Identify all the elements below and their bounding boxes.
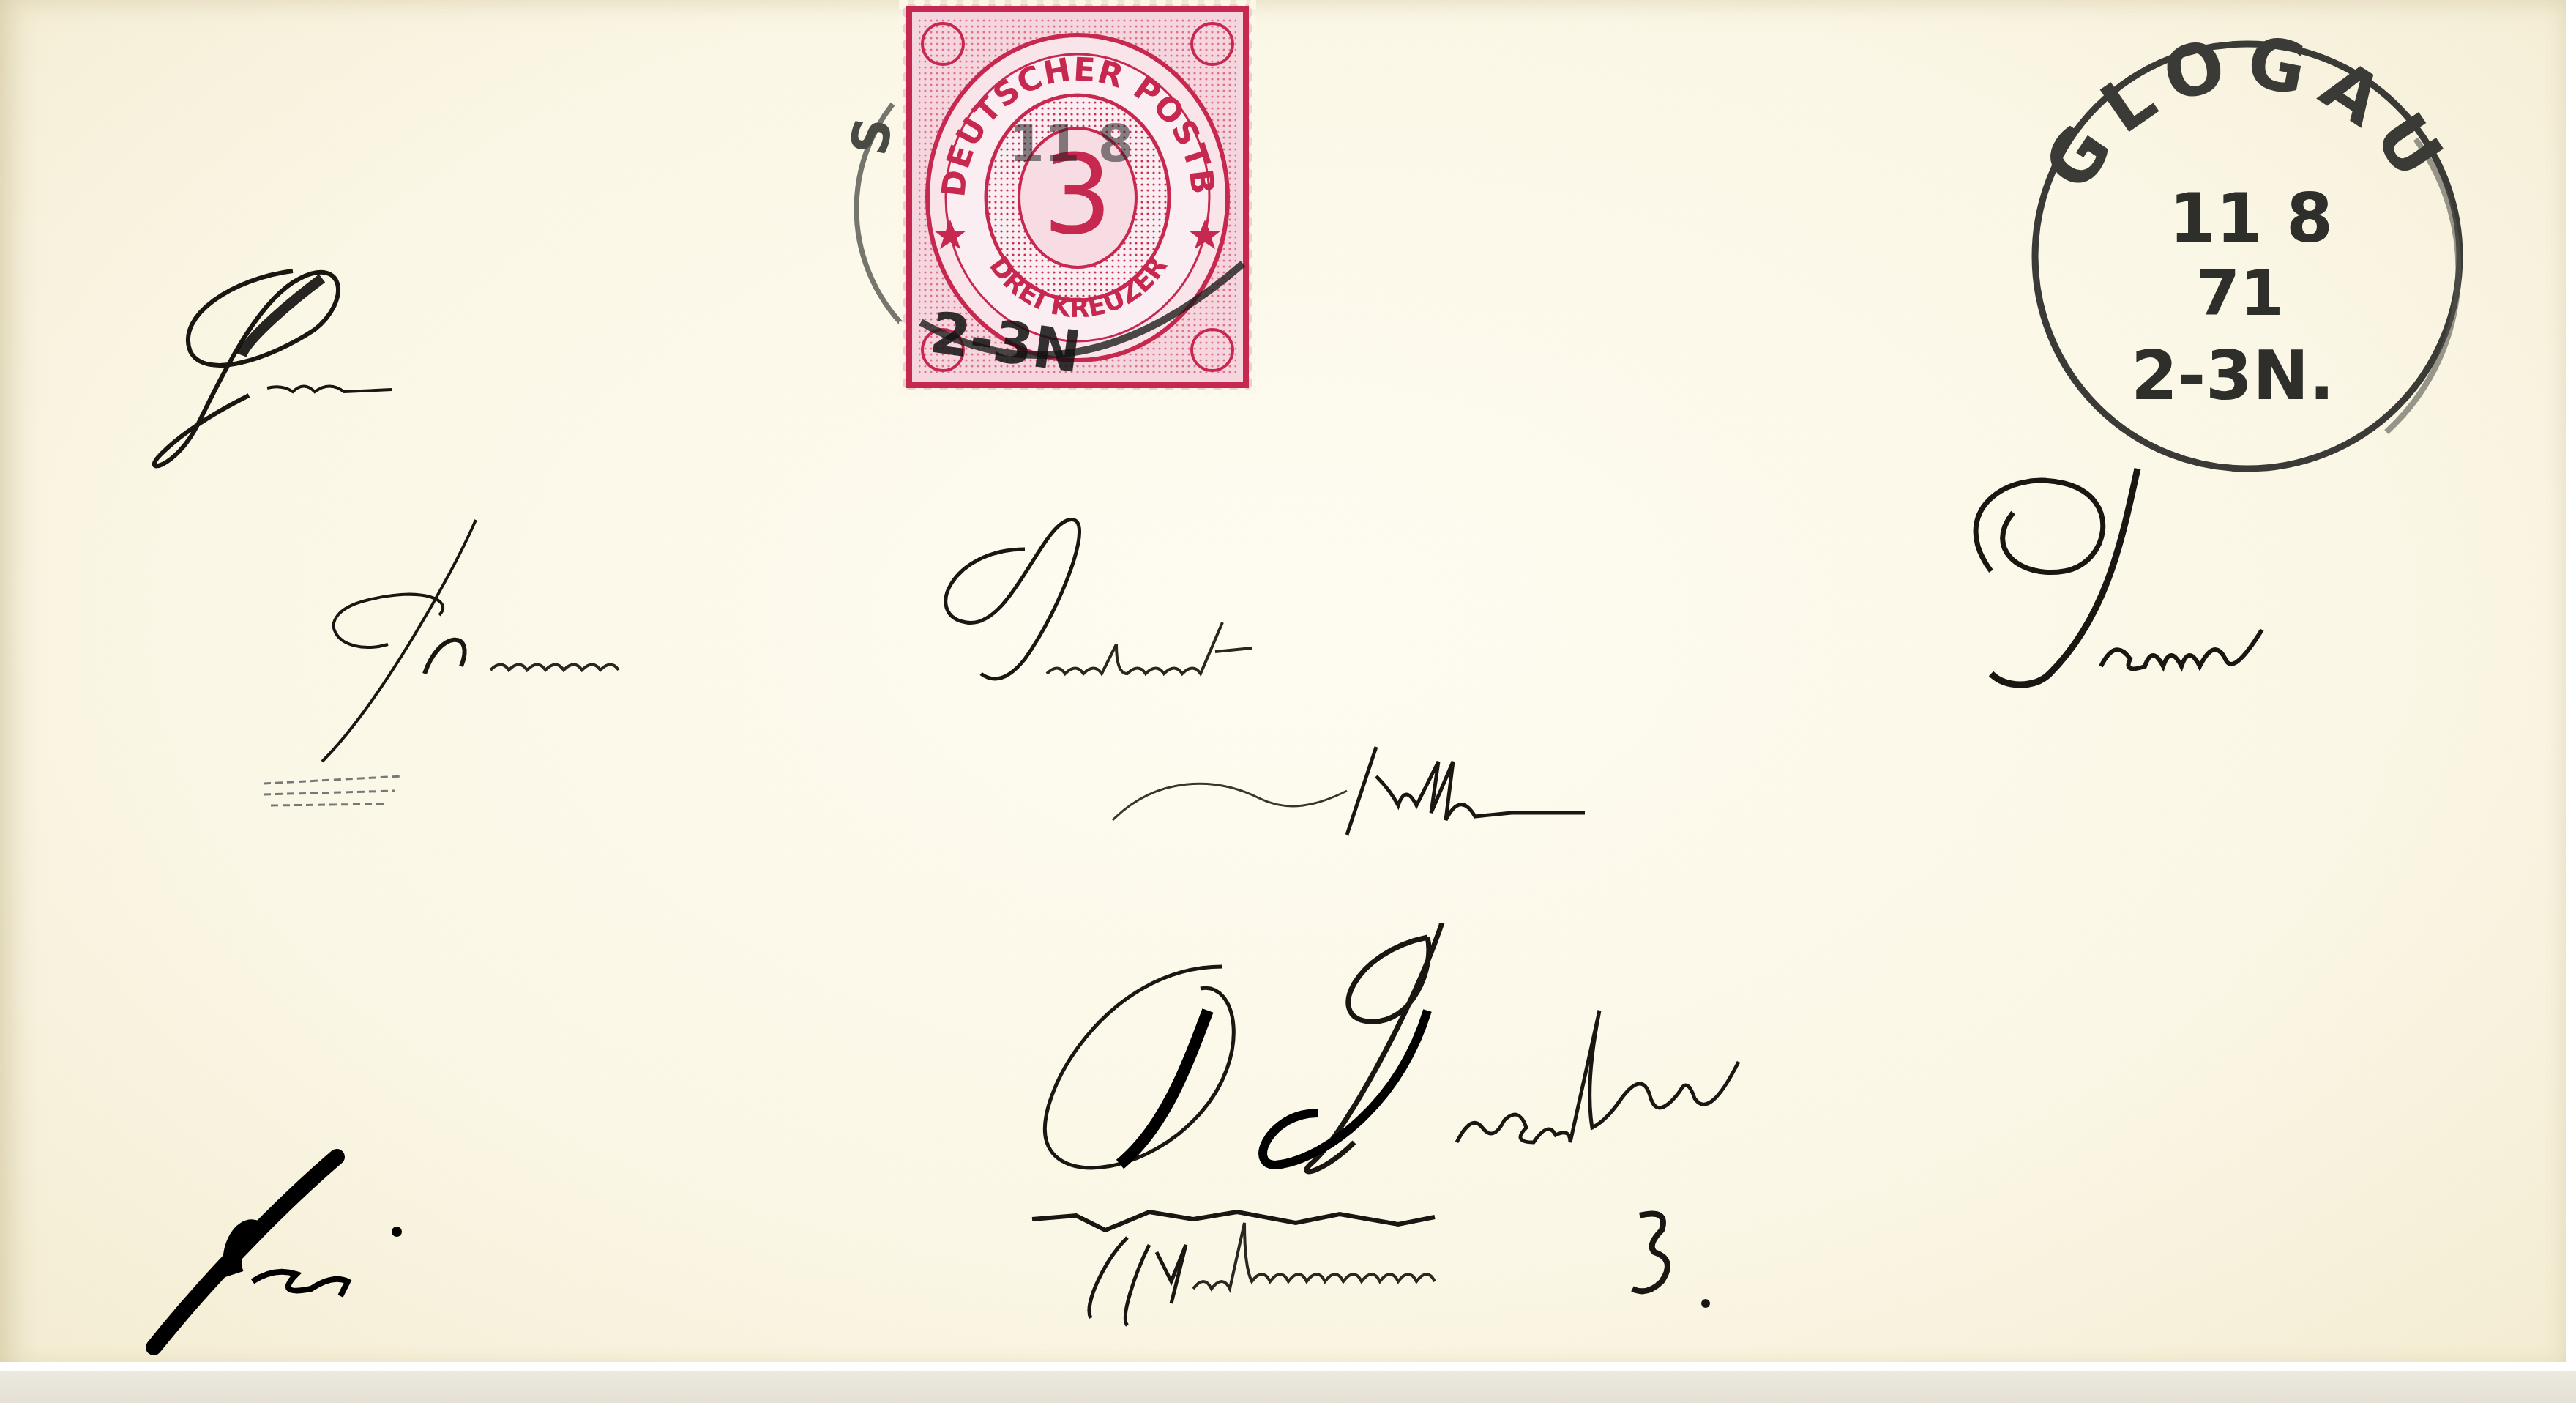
stamp: /* perforation circles drawn below by ma… — [899, 0, 1256, 394]
postmark-time: 2-3N. — [2131, 337, 2334, 415]
handwriting-frei: frei — [124, 1128, 461, 1362]
franking-note: frei — [234, 1255, 295, 1298]
postmark-glogau: GLOGAU 11 8 71 2-3N. — [2006, 22, 2489, 476]
ink-smudge — [256, 754, 425, 813]
postmark-date: 11 8 — [2169, 179, 2333, 258]
handwriting-line3: Wohlgeboren — [1098, 718, 2123, 864]
address-recipient: Premier Lieutenant Dame — [732, 626, 1298, 677]
address-honorific: Wohlgeboren — [1391, 772, 1635, 814]
handwriting-street: Nikolaistraße 3. — [1061, 1172, 2159, 1347]
address-street: Nikolaistraße 3. — [1208, 1256, 1552, 1307]
address-salutation: Herrn — [271, 355, 395, 406]
svg-text:S: S — [839, 113, 905, 160]
svg-text:11 8: 11 8 — [1009, 113, 1134, 174]
postmark-year: 71 — [2196, 257, 2284, 330]
envelope-bottom-edge — [0, 1362, 2576, 1403]
address-city: Breslau — [1384, 1062, 1714, 1164]
